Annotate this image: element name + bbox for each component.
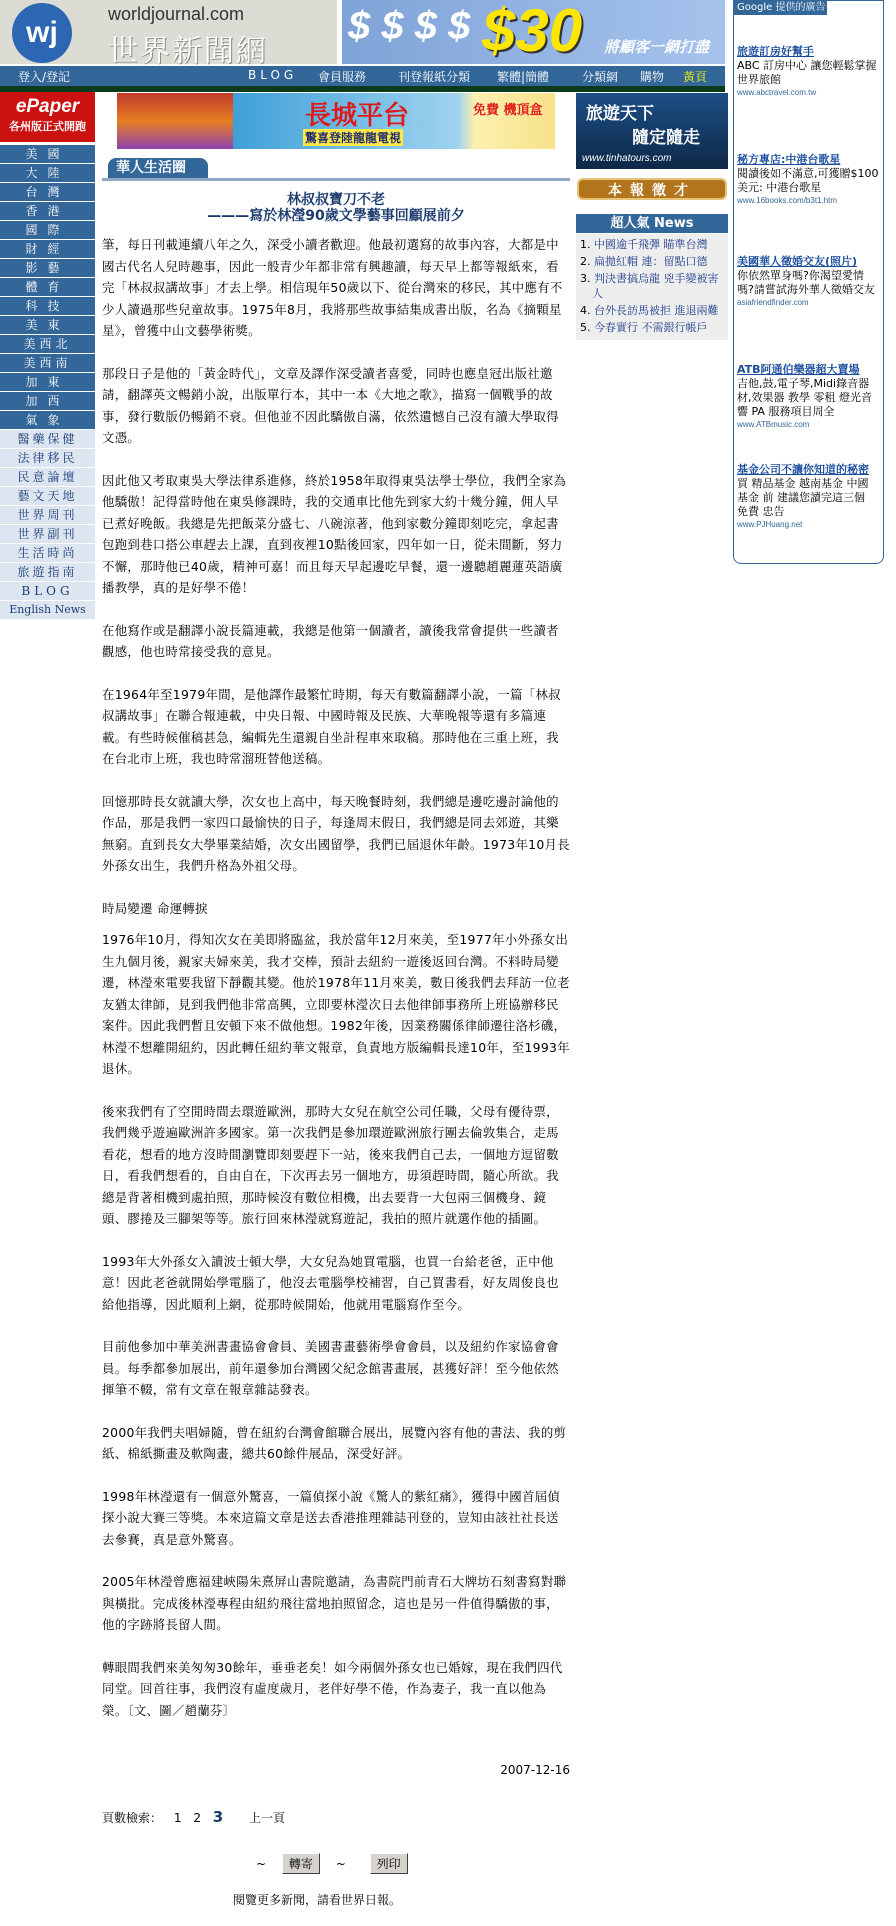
nav-usa[interactable]: 美國 — [0, 145, 95, 163]
ad-description: 買 精品基金 越南基金 中國基金 前 建議您讀完這三個 免費 忠告 — [737, 477, 879, 519]
banner-price: $30 — [482, 0, 582, 64]
ad-description: 吉他,鼓,電子琴,Midi錄音器材,效果器 教學 零租 燈光音響 PA 服務項目… — [737, 377, 879, 419]
ad-url[interactable]: www.16books.com/b3t1.htm — [737, 195, 879, 207]
nav-hongkong[interactable]: 香港 — [0, 202, 95, 220]
ad-title[interactable]: 基金公司不讓你知道的秘密 — [737, 463, 879, 477]
footer-more-news: 閱覽更多新聞，請看世界日報。 — [102, 1891, 532, 1908]
nav-finance[interactable]: 財經 — [0, 240, 95, 258]
page-current-3: 3 — [213, 1808, 223, 1826]
hot-news-num: 1. — [580, 238, 591, 251]
tilde-separator: ~ — [256, 1857, 266, 1871]
article-subtitle: ———寫於林瀅90歲文學藝事回顧展前夕 — [102, 205, 570, 225]
hot-news-item[interactable]: 3. 判決書搞烏龍 兇手變被害人 — [576, 270, 728, 302]
article-paragraph: 在1964年至1979年間，是他譯作最繁忙時期，每天有數篇翻譯小說，一篇「林叔叔… — [102, 684, 570, 770]
epaper-subtitle: 各州版正式開跑 — [0, 118, 95, 134]
article-paragraph: 1993年大外孫女入讀波士頓大學，大女兒為她買電腦，也買一台給老爸，正中他意！因… — [102, 1251, 570, 1316]
ad-changcheng-subtitle: 驚喜登陸龍龍電視 — [303, 129, 403, 146]
nav-canada-east[interactable]: 加東 — [0, 373, 95, 391]
hot-news-link[interactable]: 扁拋紅帽 連：留點口德 — [594, 255, 708, 268]
recruitment-button[interactable]: 本報徵才 — [577, 178, 727, 200]
article-paragraph: 因此他又考取東吳大學法律系進修，終於1958年取得東吳法學士學位，我們全家為他驕… — [102, 470, 570, 599]
logo-mark: wj — [12, 3, 72, 63]
ad-title[interactable]: 秘方專店:中港台歌星 — [737, 153, 879, 167]
nav-lifestyle[interactable]: 生活時尚 — [0, 544, 95, 562]
top-nav-bar: 登入/登記 BLOG 會員服務 刊登報紙分類 繁體|簡體 分類網 購物 黃頁 — [0, 66, 725, 92]
epaper-title: ePaper — [0, 96, 95, 118]
nav-entertainment[interactable]: 影藝 — [0, 259, 95, 277]
hot-news-list: 1. 中國逾千飛彈 瞄準台灣 2. 扁拋紅帽 連：留點口德 3. 判決書搞烏龍 … — [576, 234, 728, 340]
hot-news-link[interactable]: 中國逾千飛彈 瞄準台灣 — [594, 238, 708, 251]
dollar-signs: $ $ $ $ — [348, 4, 470, 49]
pagination: 頁數檢索： 1 2 3 上一頁 — [102, 1808, 293, 1826]
hot-news-link[interactable]: 今春實行 不需銀行帳戶 — [594, 321, 708, 334]
page-link-1[interactable]: 1 — [174, 1811, 182, 1825]
site-logo[interactable]: wj worldjournal.com 世界新聞網 — [0, 0, 337, 64]
nav-sports[interactable]: 體育 — [0, 278, 95, 296]
google-ad[interactable]: 秘方專店:中港台歌星 閱讀後如不滿意,可獲贈$100美元: 中港台歌星 www.… — [737, 153, 879, 207]
nav-english-news[interactable]: English News — [0, 601, 95, 619]
google-ads-header[interactable]: Google 提供的廣告 — [734, 1, 827, 15]
article-paragraph: 後來我們有了空閒時間去環遊歐洲，那時大女兒在航空公司任職，父母有優待票，我們幾乎… — [102, 1101, 570, 1230]
google-ads-panel: Google 提供的廣告 旅遊訂房好幫手 ABC 訂房中心 讓您輕鬆掌握世界旅館… — [733, 0, 884, 564]
hot-news-header: 超人氣 News — [576, 214, 728, 233]
article-paragraph: 筆，每日刊載連續八年之久，深受小讀者歡迎。他最初選寫的故事內容，大都是中國古代名… — [102, 234, 570, 342]
ad-title[interactable]: ATB阿通伯樂器超大賣場 — [737, 363, 879, 377]
ad-entertainment-images[interactable] — [117, 93, 233, 149]
article-subheading: 時局變遷 命運轉捩 — [102, 898, 570, 920]
nav-us-northwest[interactable]: 美西北 — [0, 335, 95, 353]
nav-us-southwest[interactable]: 美西南 — [0, 354, 95, 372]
ad-title[interactable]: 美國華人徵婚交友(照片) — [737, 255, 879, 269]
nav-weather[interactable]: 氣象 — [0, 411, 95, 429]
article-paragraph: 在他寫作或是翻譯小說長篇連載，我總是他第一個讀者，讀後我常會提供一些讀者觀感，他… — [102, 620, 570, 663]
nav-taiwan[interactable]: 台灣 — [0, 183, 95, 201]
ad-title[interactable]: 旅遊訂房好幫手 — [737, 45, 879, 59]
nav-travel[interactable]: 旅遊指南 — [0, 563, 95, 581]
nav-yellow-pages[interactable]: 黃頁 — [683, 68, 707, 85]
google-ad[interactable]: 美國華人徵婚交友(照片) 你依然單身嗎?你渴望愛情嗎?請嘗試海外華人徵婚交友 a… — [737, 255, 879, 309]
nav-shopping[interactable]: 購物 — [640, 68, 664, 85]
ad-url[interactable]: www.abctravel.com.tw — [737, 87, 879, 99]
nav-international[interactable]: 國際 — [0, 221, 95, 239]
hot-news-num: 2. — [580, 255, 591, 268]
nav-classified[interactable]: 分類網 — [582, 68, 618, 85]
ad-tinh-url: www.tinhatours.com — [582, 153, 671, 164]
hot-news-item[interactable]: 1. 中國逾千飛彈 瞄準台灣 — [576, 236, 728, 253]
nav-blog[interactable]: BLOG — [248, 68, 297, 82]
hot-news-num: 5. — [580, 321, 591, 334]
ad-url[interactable]: asiafriendfinder.com — [737, 297, 879, 309]
epaper-banner[interactable]: ePaper 各州版正式開跑 — [0, 92, 95, 142]
ad-url[interactable]: www.PJHuang.net — [737, 519, 879, 531]
nav-opinion[interactable]: 民意論壇 — [0, 468, 95, 486]
google-ad[interactable]: 基金公司不讓你知道的秘密 買 精品基金 越南基金 中國基金 前 建議您讀完這三個… — [737, 463, 879, 531]
article-paragraph: 目前他參加中華美洲書畫協會會員、美國書畫藝術學會會員，以及紐約作家協會會員。每季… — [102, 1336, 570, 1401]
nav-trad-simp[interactable]: 繁體|簡體 — [497, 68, 549, 85]
page-link-2[interactable]: 2 — [193, 1811, 201, 1825]
article-paragraph: 回憶那時長女就讀大學，次女也上高中，每天晚餐時刻，我們總是邊吃邊討論他的作品，那… — [102, 791, 570, 877]
ad-changcheng[interactable]: 長城平台 驚喜登陸龍龍電視 免費 機頂盒 — [233, 93, 555, 149]
ad-description: 閱讀後如不滿意,可獲贈$100美元: 中港台歌星 — [737, 167, 879, 195]
hot-news-num: 3. — [580, 272, 591, 285]
section-divider — [102, 178, 570, 181]
nav-weekly[interactable]: 世界周刊 — [0, 506, 95, 524]
left-nav: 美國 大陸 台灣 香港 國際 財經 影藝 體育 科技 美東 美西北 美西南 加東… — [0, 145, 95, 620]
forward-button[interactable]: 轉寄 — [282, 1853, 320, 1874]
hot-news-item[interactable]: 2. 扁拋紅帽 連：留點口德 — [576, 253, 728, 270]
ad-description: ABC 訂房中心 讓您輕鬆掌握世界旅館 — [737, 59, 879, 87]
ad-banner-30[interactable]: $ $ $ $ $30 將顧客一網打盡 — [342, 0, 725, 64]
hot-news-item[interactable]: 4. 台外長訪馬被拒 進退兩難 — [576, 302, 728, 319]
article-date: 2007-12-16 — [102, 1763, 570, 1777]
pager-label: 頁數檢索： — [102, 1811, 162, 1825]
nav-law-immigration[interactable]: 法律移民 — [0, 449, 95, 467]
logo-url: worldjournal.com — [108, 4, 244, 25]
ad-tinhatours[interactable]: 旅遊天下 隨定隨走 www.tinhatours.com — [576, 93, 728, 169]
nav-login[interactable]: 登入/登記 — [18, 68, 70, 85]
article-paragraph: 2005年林瀅曾應福建峽陽朱熹屏山書院邀請，為書院門前青石大牌坊石刻書寫對聯與橫… — [102, 1571, 570, 1636]
article-paragraph: 那段日子是他的「黃金時代」，文章及譯作深受讀者喜愛，同時也應皇冠出版社邀請，翻譯… — [102, 363, 570, 449]
hot-news-link[interactable]: 判決書搞烏龍 兇手變被害人 — [592, 272, 719, 300]
article-paragraph: 1976年10月，得知次女在美即將臨盆，我於當年12月來美，至1977年小外孫女… — [102, 929, 570, 1080]
hot-news-link[interactable]: 台外長訪馬被拒 進退兩難 — [594, 304, 719, 317]
article-paragraph: 2000年我們夫唱婦隨，曾在紐約台灣會館聯合展出，展覽內容有他的書法、我的剪紙、… — [102, 1422, 570, 1465]
nav-health[interactable]: 醫藥保健 — [0, 430, 95, 448]
nav-member[interactable]: 會員服務 — [318, 68, 366, 85]
google-ad[interactable]: 旅遊訂房好幫手 ABC 訂房中心 讓您輕鬆掌握世界旅館 www.abctrave… — [737, 45, 879, 99]
ad-changcheng-free: 免費 機頂盒 — [473, 99, 543, 118]
nav-arts[interactable]: 藝文天地 — [0, 487, 95, 505]
ad-tinh-line2: 隨定隨走 — [632, 123, 700, 148]
hot-news-num: 4. — [580, 304, 591, 317]
article-paragraph: 轉眼間我們來美匆匆30餘年，垂垂老矣！如今兩個外孫女也已婚嫁，現在我們四代同堂。… — [102, 1657, 570, 1722]
article-paragraph: 1998年林瀅還有一個意外驚喜，一篇偵探小說《驚人的紫紅痛》，獲得中國首屆偵探小… — [102, 1486, 570, 1551]
ad-description: 你依然單身嗎?你渴望愛情嗎?請嘗試海外華人徵婚交友 — [737, 269, 879, 297]
google-ad[interactable]: ATB阿通伯樂器超大賣場 吉他,鼓,電子琴,Midi錄音器材,效果器 教學 零租… — [737, 363, 879, 431]
nav-tech[interactable]: 科技 — [0, 297, 95, 315]
nav-blog-left[interactable]: BLOG — [0, 582, 95, 600]
ad-tinh-line1: 旅遊天下 — [586, 99, 654, 124]
nav-canada-west[interactable]: 加西 — [0, 392, 95, 410]
logo-name: 世界新聞網 — [108, 26, 268, 70]
nav-china[interactable]: 大陸 — [0, 164, 95, 182]
print-button[interactable]: 列印 — [370, 1853, 408, 1874]
article-actions: ~ 轉寄 ~ 列印 — [256, 1853, 420, 1874]
nav-us-east[interactable]: 美東 — [0, 316, 95, 334]
tilde-separator: ~ — [336, 1857, 346, 1871]
banner-tagline: 將顧客一網打盡 — [604, 36, 709, 57]
ad-url[interactable]: www.ATBmusic.com — [737, 419, 879, 431]
nav-supplement[interactable]: 世界副刊 — [0, 525, 95, 543]
ad-changcheng-title: 長城平台 — [305, 95, 409, 132]
nav-classified-post[interactable]: 刊登報紙分類 — [398, 68, 470, 85]
prev-page-link[interactable]: 上一頁 — [249, 1811, 285, 1825]
section-tab[interactable]: 華人生活圈 — [108, 158, 208, 178]
article-body: 筆，每日刊載連續八年之久，深受小讀者歡迎。他最初選寫的故事內容，大都是中國古代名… — [102, 234, 570, 1742]
hot-news-item[interactable]: 5. 今春實行 不需銀行帳戶 — [576, 319, 728, 336]
